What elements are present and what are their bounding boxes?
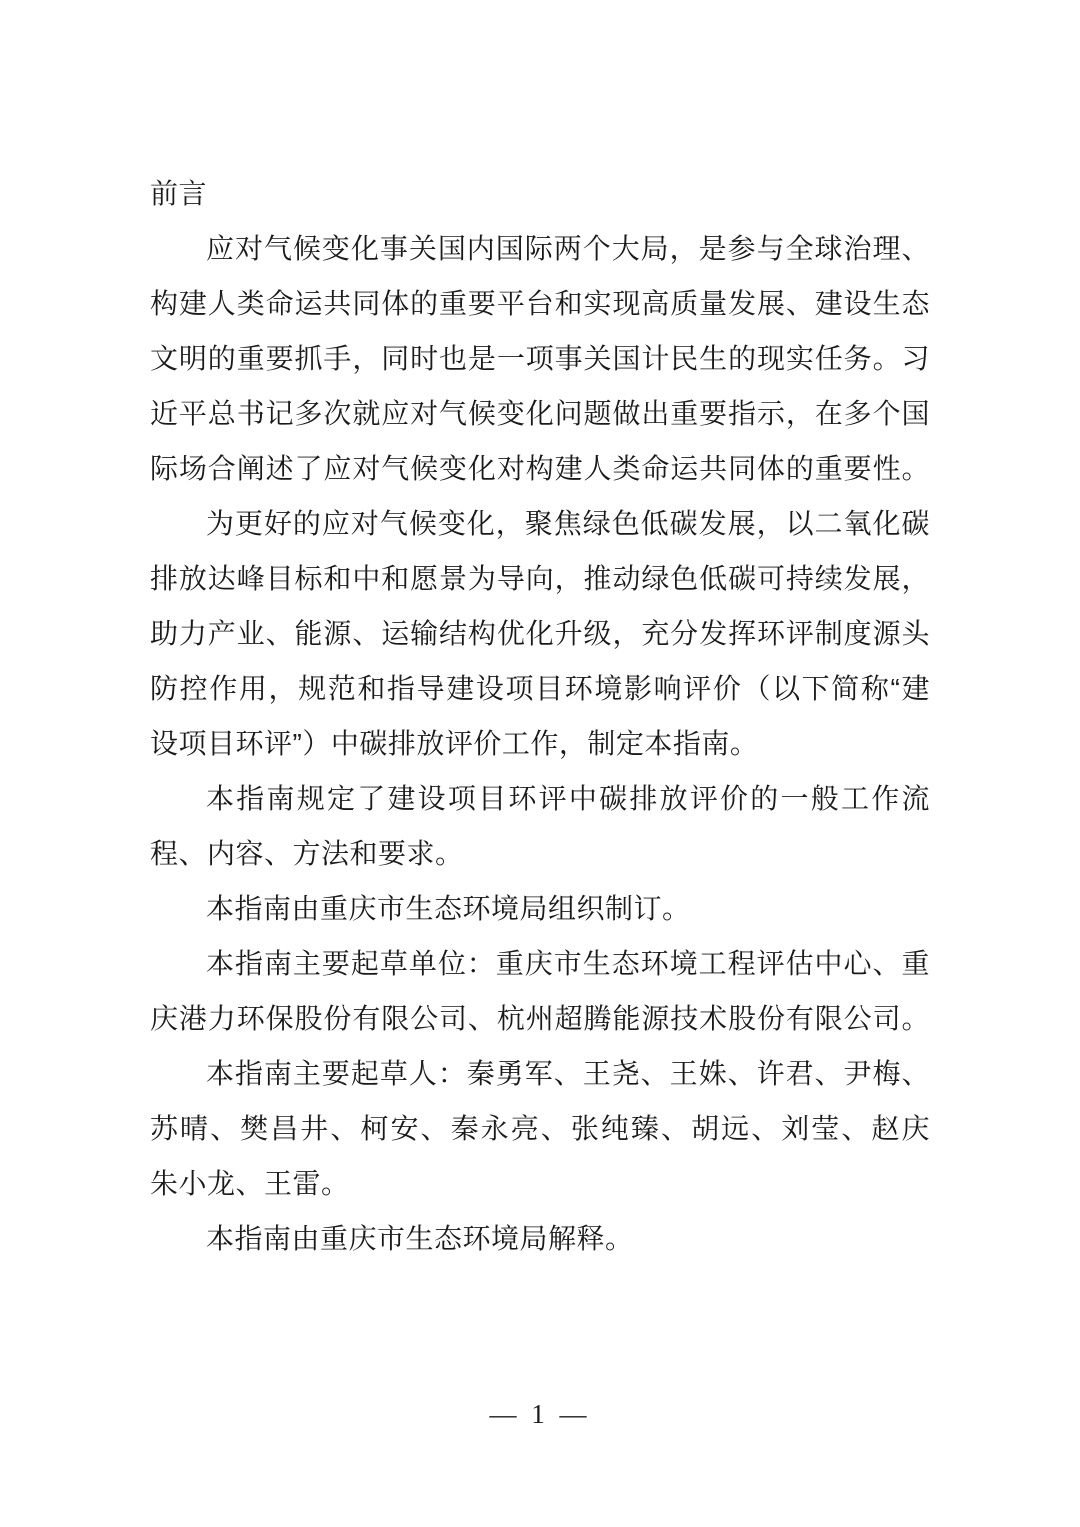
paragraph: 本指南规定了建设项目环评中碳排放评价的一般工作流 程、内容、方法和要求。 <box>150 771 930 881</box>
paragraph: 本指南由重庆市生态环境局组织制订。 <box>150 881 930 936</box>
text-line: 排放达峰目标和中和愿景为导向，推动绿色低碳可持续发展， <box>150 551 930 606</box>
text-line: 防控作用，规范和指导建设项目环境影响评价（以下简称“建 <box>150 661 930 716</box>
text-line: 本指南主要起草单位：重庆市生态环境工程评估中心、重 <box>150 936 930 991</box>
paragraph: 本指南主要起草人：秦勇军、王尧、王姝、许君、尹梅、 苏晴、樊昌井、柯安、秦永亮、… <box>150 1046 930 1211</box>
paragraph: 应对气候变化事关国内国际两个大局，是参与全球治理、 构建人类命运共同体的重要平台… <box>150 221 930 496</box>
text-line: 文明的重要抓手，同时也是一项事关国计民生的现实任务。习 <box>150 331 930 386</box>
text-line: 本指南由重庆市生态环境局组织制订。 <box>150 881 930 936</box>
paragraph: 为更好的应对气候变化，聚焦绿色低碳发展，以二氧化碳 排放达峰目标和中和愿景为导向… <box>150 496 930 771</box>
text-line: 设项目环评”）中碳排放评价工作，制定本指南。 <box>150 716 930 771</box>
text-line: 际场合阐述了应对气候变化对构建人类命运共同体的重要性。 <box>150 441 930 496</box>
text-line: 苏晴、樊昌井、柯安、秦永亮、张纯臻、胡远、刘莹、赵庆虎、 <box>150 1101 930 1156</box>
text-line: 近平总书记多次就应对气候变化问题做出重要指示，在多个国 <box>150 386 930 441</box>
paragraph: 本指南主要起草单位：重庆市生态环境工程评估中心、重 庆港力环保股份有限公司、杭州… <box>150 936 930 1046</box>
text-line: 庆港力环保股份有限公司、杭州超腾能源技术股份有限公司。 <box>150 991 930 1046</box>
section-heading: 前言 <box>150 166 930 221</box>
preface-section: 前言 应对气候变化事关国内国际两个大局，是参与全球治理、 构建人类命运共同体的重… <box>150 166 930 1266</box>
text-line: 助力产业、能源、运输结构优化升级，充分发挥环评制度源头 <box>150 606 930 661</box>
text-line: 构建人类命运共同体的重要平台和实现高质量发展、建设生态 <box>150 276 930 331</box>
document-page: 前言 应对气候变化事关国内国际两个大局，是参与全球治理、 构建人类命运共同体的重… <box>0 0 1080 1527</box>
text-line: 本指南主要起草人：秦勇军、王尧、王姝、许君、尹梅、 <box>150 1046 930 1101</box>
text-line: 本指南由重庆市生态环境局解释。 <box>150 1211 930 1266</box>
text-line: 程、内容、方法和要求。 <box>150 826 930 881</box>
text-line: 为更好的应对气候变化，聚焦绿色低碳发展，以二氧化碳 <box>150 496 930 551</box>
page-number: — 1 — <box>0 1392 1080 1436</box>
text-line: 应对气候变化事关国内国际两个大局，是参与全球治理、 <box>150 221 930 276</box>
text-line: 本指南规定了建设项目环评中碳排放评价的一般工作流 <box>150 771 930 826</box>
paragraph: 本指南由重庆市生态环境局解释。 <box>150 1211 930 1266</box>
text-line: 朱小龙、王雷。 <box>150 1156 930 1211</box>
